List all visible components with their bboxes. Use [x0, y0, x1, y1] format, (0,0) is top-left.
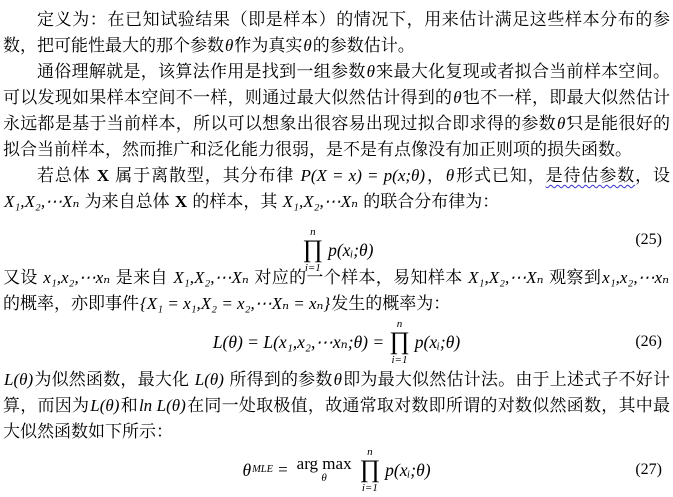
math-ln-L-theta: ln L(θ) — [138, 396, 187, 415]
product-lower-limit: i=1 — [391, 354, 407, 366]
argmax-label: arg max — [297, 455, 352, 473]
document-page: 定义为：在已知试验结果（即是样本）的情况下，用来估计满足这些样本分布的参数，把可… — [0, 0, 673, 497]
argmax-operator: arg maxθ — [297, 455, 352, 484]
math-theta: θ — [333, 370, 343, 389]
paragraph-definition: 定义为：在已知试验结果（即是样本）的情况下，用来估计满足这些样本分布的参数，把可… — [3, 7, 670, 59]
text-run: 的参数估计。 — [313, 36, 415, 55]
product-symbol: ∏ — [360, 458, 381, 482]
math-likelihood-lhs: L(θ) = L(x₁,x₂,⋯xₙ;θ) = — [212, 329, 385, 355]
math-theta-mle: θ — [241, 457, 252, 483]
text-run: 所得到的参数 — [225, 370, 333, 389]
product-symbol: ∏ — [303, 238, 324, 262]
formula-27: θMLE = arg maxθ n∏i=1 p(xᵢ;θ) (27) — [3, 447, 670, 493]
math-population-X: X — [96, 166, 110, 185]
product-operator: n∏i=1 — [360, 446, 381, 494]
product-operator: n∏i=1 — [303, 226, 324, 274]
product-lower-limit: i=1 — [362, 482, 378, 494]
formula-25: n∏i=1 p(xᵢ;θ) (25) — [3, 217, 670, 263]
product-lower-limit: i=1 — [305, 262, 321, 274]
product-symbol: ∏ — [389, 330, 410, 354]
formula-26: L(θ) = L(x₁,x₂,⋯xₙ;θ) = n∏i=1 p(xᵢ;θ) (2… — [3, 319, 670, 365]
text-run: 的联合分布律为： — [359, 192, 499, 211]
math-theta: θ — [302, 36, 312, 55]
math-observed-sequence: x₁,x₂,⋯xₙ — [42, 268, 111, 287]
text-run: 为似然函数，最大化 — [34, 370, 194, 389]
text-run: 作为真实 — [234, 36, 302, 55]
math-theta-hat: θ̂ — [556, 114, 566, 133]
text-run: 若总体 — [37, 166, 96, 185]
math-theta-hat: θ̂ — [366, 62, 376, 81]
paragraph-intuition: 通俗理解就是，该算法作用是找到一组参数θ̂来最大化复现或者拟合当前样本空间。可以… — [3, 59, 670, 163]
math-sample-sequence: X₁,X₂,⋯Xₙ — [172, 268, 249, 287]
math-L-theta: L(θ) — [3, 370, 34, 389]
paragraph-discrete-case: 若总体 X 属于离散型，其分布律 P(X = x) = p(x;θ)，θ形式已知… — [3, 163, 670, 215]
math-L-theta: L(θ) — [194, 370, 225, 389]
underlined-term: 是待估参数 — [546, 166, 636, 185]
math-distribution-law: P(X = x) = p(x;θ) — [299, 166, 426, 185]
math-theta: θ — [445, 166, 455, 185]
text-run: 的样本，其 — [188, 192, 282, 211]
text-run: 的概率，亦即事件 — [3, 294, 139, 313]
text-run: 发生的概率为： — [331, 294, 450, 313]
math-sample-sequence: X₁,X₂,⋯Xₙ — [282, 192, 359, 211]
text-run: 为来自总体 — [80, 192, 174, 211]
math-event-set: {X₁ = x₁,X₂ = x₂,⋯Xₙ = xₙ} — [139, 294, 331, 313]
math-theta-hat: θ̂ — [452, 88, 462, 107]
text-run: ， — [426, 166, 445, 185]
text-run: 属于离散型，其分布律 — [110, 166, 299, 185]
math-theta-hat: θ̂ — [224, 36, 234, 55]
math-observed-sequence: x₁,x₂,⋯xₙ — [601, 268, 670, 287]
equation-number: (25) — [635, 227, 662, 253]
math-sample-sequence: X₁,X₂,⋯Xₙ — [3, 192, 80, 211]
equation-number: (26) — [635, 329, 662, 355]
text-run: 又设 — [3, 268, 42, 287]
math-sample-sequence: X₁,X₂,⋯Xₙ — [467, 268, 544, 287]
math-population-X: X — [174, 192, 188, 211]
product-operator: n∏i=1 — [389, 318, 410, 366]
math-expression: p(xᵢ;θ) — [384, 457, 431, 483]
argmax-variable: θ — [320, 473, 327, 485]
text-run: 形式已知， — [455, 166, 545, 185]
math-expression: p(xᵢ;θ) — [414, 329, 461, 355]
mle-subscript: MLE — [252, 457, 273, 483]
math-L-theta: L(θ) — [89, 396, 120, 415]
text-run: 通俗理解就是，该算法作用是找到一组参数 — [37, 62, 366, 81]
text-run: 观察到 — [545, 268, 602, 287]
equals-sign: = — [278, 457, 288, 483]
math-expression: p(xᵢ;θ) — [327, 237, 374, 263]
paragraph-log-likelihood: L(θ)为似然函数，最大化 L(θ) 所得到的参数θ即为最大似然估计法。由于上述… — [3, 367, 670, 445]
text-run: 和 — [120, 396, 138, 415]
equation-number: (27) — [635, 457, 662, 483]
text-run: 是来自 — [111, 268, 172, 287]
text-run: ，设 — [635, 166, 670, 185]
